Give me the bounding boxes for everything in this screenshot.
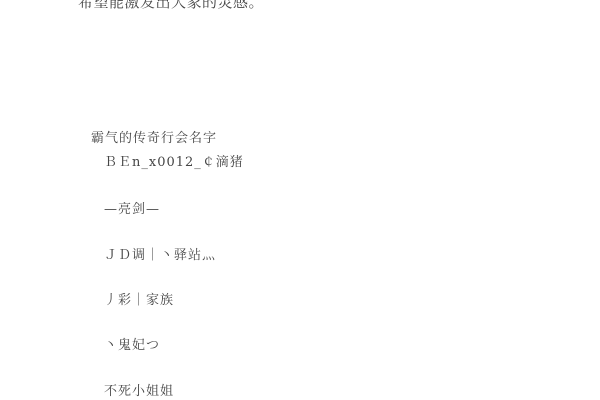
guild-name-item-clipped: 不死小姐姐 — [104, 385, 174, 400]
guild-name-item: —亮剑— — [104, 203, 160, 218]
guild-name-item: 丿彩｜家族 — [104, 294, 174, 309]
intro-line: 希望能激发出大家的灵感。 — [78, 0, 264, 11]
guild-name-item: ＪＤ调｜丶驿站灬 — [104, 249, 216, 264]
guild-name-item: ＢＥn_x0012_￠滴猪 — [104, 156, 244, 171]
guild-name-item: 丶鬼妃つ — [104, 339, 160, 354]
section-title: 霸气的传奇行会名字 — [91, 132, 217, 147]
article-page: 希望能激发出大家的灵感。 霸气的传奇行会名字 ＢＥn_x0012_￠滴猪 —亮剑… — [0, 0, 600, 400]
